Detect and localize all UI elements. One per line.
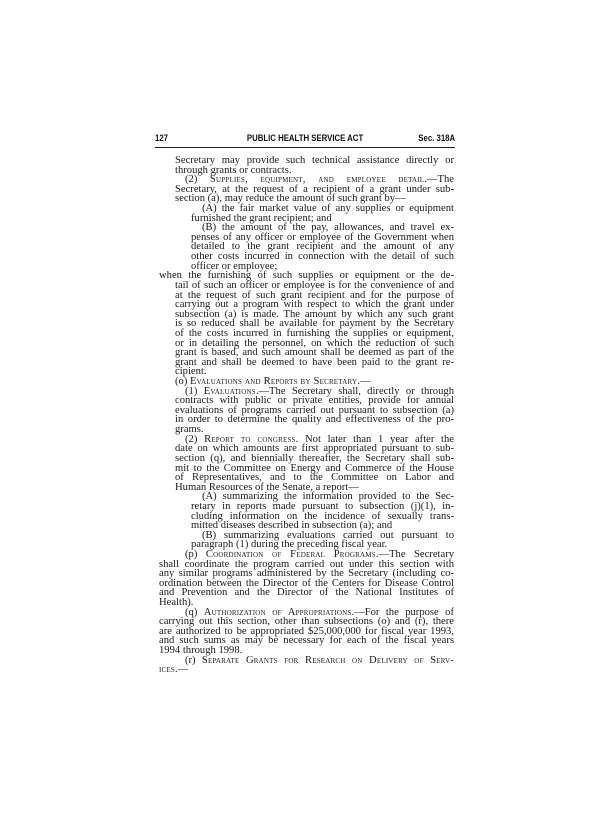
header-rule [155, 147, 455, 148]
text-run: in order to determine the quality and ef… [175, 414, 454, 425]
heading-small-caps: ices [159, 664, 175, 675]
text-line: ices.— [175, 665, 454, 675]
text-run: .— [175, 664, 188, 675]
text-line: (r) Separate Grants for Research on Deli… [175, 656, 454, 666]
text-line: grant and shall be deemed to have been p… [175, 358, 454, 368]
text-line: in order to determine the quality and ef… [175, 415, 454, 425]
text-run: grant and shall be deemed to have been p… [175, 357, 454, 368]
heading-small-caps: Separate Grants for Research on Delivery… [202, 655, 454, 666]
text-line: and Prevention and the Director of the N… [175, 588, 454, 598]
header-title: PUBLIC HEALTH SERVICE ACT [155, 133, 455, 144]
document-page: 127 PUBLIC HEALTH SERVICE ACT Sec. 318A … [0, 0, 602, 830]
text-run: and Prevention and the Director of the N… [159, 587, 454, 598]
running-header: 127 PUBLIC HEALTH SERVICE ACT Sec. 318A [155, 133, 401, 147]
body-text: Secretary may provide such technical ass… [175, 156, 454, 675]
section-number: Sec. 318A [418, 133, 455, 144]
